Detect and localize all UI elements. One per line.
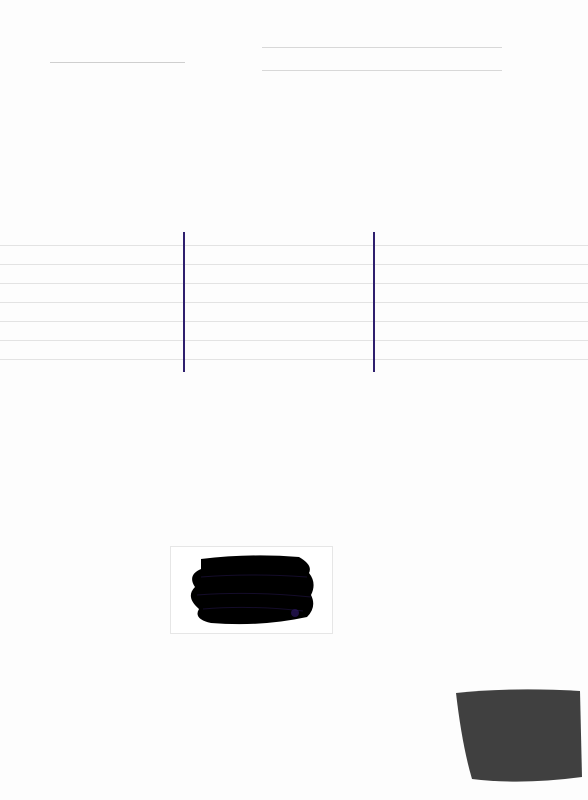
ink-swab-image xyxy=(171,547,332,633)
swab-sample-box xyxy=(170,546,333,634)
column-divider xyxy=(373,232,375,372)
water-test-sample xyxy=(452,685,588,790)
column-divider xyxy=(183,232,185,372)
writing-sample-area xyxy=(0,228,588,378)
